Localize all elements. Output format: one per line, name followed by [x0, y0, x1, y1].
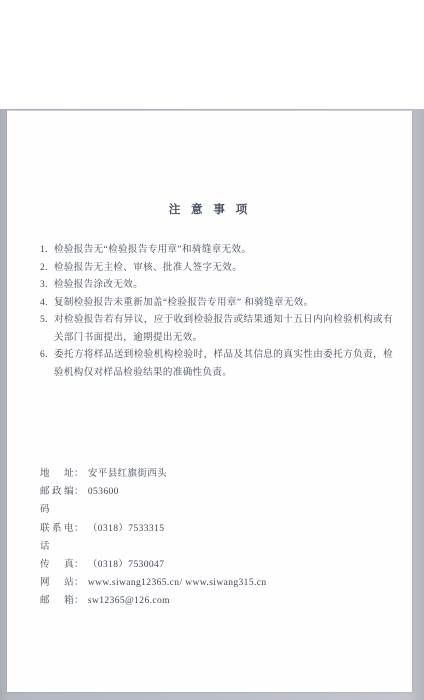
contact-label: 传真	[40, 556, 74, 574]
note-item: 3. 检验报告涂改无效。	[40, 277, 393, 295]
note-text: 检验报告涂改无效。	[54, 277, 393, 295]
contact-row-phone: 联系电话 ： （0318）7533315	[40, 520, 393, 556]
contact-block: 地址 ： 安平县红旗街西头 邮政编码 ： 053600 联系电话 ： （0318…	[40, 465, 393, 611]
contact-colon: ：	[74, 592, 84, 610]
page-title: 注 意 事 项	[7, 201, 412, 217]
contact-row-email: 邮箱 ： sw12365@126.com	[40, 592, 393, 610]
note-text: 检验报告无主检、审核、批准人签字无效。	[54, 260, 393, 278]
note-item: 2. 检验报告无主检、审核、批准人签字无效。	[40, 260, 393, 278]
contact-value-email: sw12365@126.com	[88, 592, 393, 610]
notes-list: 1. 检验报告无“检验报告专用章”和骑缝章无效。 2. 检验报告无主检、审核、批…	[40, 242, 393, 382]
contact-value-postcode: 053600	[88, 483, 393, 501]
contact-colon: ：	[74, 465, 84, 483]
contact-colon: ：	[74, 574, 84, 592]
contact-colon: ：	[74, 520, 84, 538]
contact-value-address: 安平县红旗街西头	[88, 465, 393, 483]
note-item: 5. 对检验报告若有异议，应于收到检验报告或结果通知十五日内向检验机构或有关部门…	[40, 312, 393, 347]
note-number: 3.	[40, 277, 54, 295]
contact-colon: ：	[74, 556, 84, 574]
scan-stage: 注 意 事 项 1. 检验报告无“检验报告专用章”和骑缝章无效。 2. 检验报告…	[0, 0, 424, 700]
contact-label: 联系电话	[40, 520, 74, 556]
contact-label: 网站	[40, 574, 74, 592]
note-item: 6. 委托方将样品送到检验机构检验时，样品及其信息的真实性由委托方负责，检验机构…	[40, 347, 393, 382]
note-item: 1. 检验报告无“检验报告专用章”和骑缝章无效。	[40, 242, 393, 260]
note-number: 5.	[40, 312, 54, 347]
contact-row-postcode: 邮政编码 ： 053600	[40, 483, 393, 519]
note-text: 对检验报告若有异议，应于收到检验报告或结果通知十五日内向检验机构或有关部门书面提…	[54, 312, 393, 347]
contact-value-website: www.siwang12365.cn/ www.siwang315.cn	[88, 574, 393, 592]
contact-row-address: 地址 ： 安平县红旗街西头	[40, 465, 393, 483]
contact-row-website: 网站 ： www.siwang12365.cn/ www.siwang315.c…	[40, 574, 393, 592]
contact-value-fax: （0318）7530047	[88, 556, 393, 574]
note-number: 6.	[40, 347, 54, 382]
note-text: 复制检验报告未重新加盖“检验报告专用章” 和骑缝章无效。	[54, 295, 393, 313]
note-number: 2.	[40, 260, 54, 278]
contact-label: 邮政编码	[40, 483, 74, 519]
contact-label: 地址	[40, 465, 74, 483]
note-item: 4. 复制检验报告未重新加盖“检验报告专用章” 和骑缝章无效。	[40, 295, 393, 313]
note-text: 委托方将样品送到检验机构检验时，样品及其信息的真实性由委托方负责，检验机构仅对样…	[54, 347, 393, 382]
contact-colon: ：	[74, 483, 84, 501]
note-text: 检验报告无“检验报告专用章”和骑缝章无效。	[54, 242, 393, 260]
note-number: 4.	[40, 295, 54, 313]
document-page: 注 意 事 项 1. 检验报告无“检验报告专用章”和骑缝章无效。 2. 检验报告…	[7, 110, 412, 692]
note-number: 1.	[40, 242, 54, 260]
contact-row-fax: 传真 ： （0318）7530047	[40, 556, 393, 574]
contact-value-phone: （0318）7533315	[88, 520, 393, 538]
contact-label: 邮箱	[40, 592, 74, 610]
